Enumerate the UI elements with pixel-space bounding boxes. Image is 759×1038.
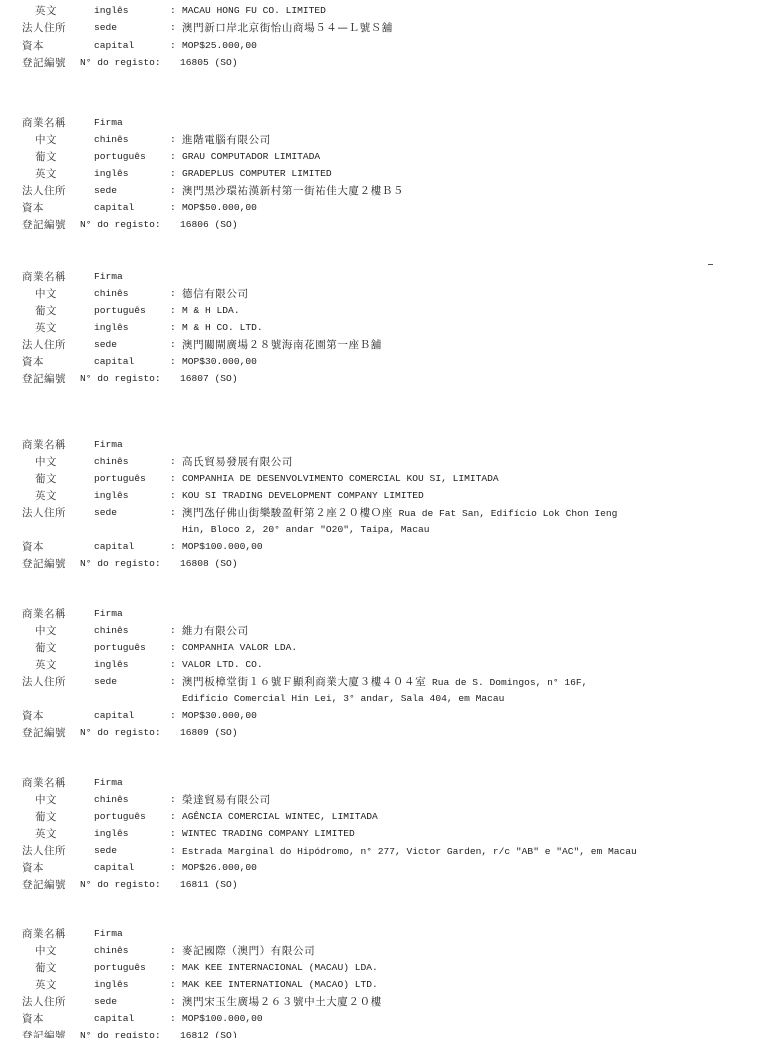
label-sede-zh: 法人住所	[22, 674, 66, 690]
colon: :	[170, 977, 176, 993]
colon: :	[170, 354, 176, 370]
value-sede: 澳門黑沙環祐漢新村第一街祐佳大廈２樓Ｂ５	[182, 183, 404, 200]
label-capital-pt: capital	[94, 708, 134, 724]
label-chines-zh: 中文	[35, 623, 57, 639]
label-chines-zh: 中文	[35, 286, 57, 302]
colon: :	[170, 286, 176, 302]
colon: :	[170, 454, 176, 470]
colon: :	[170, 337, 176, 353]
label-capital-pt: capital	[94, 354, 134, 370]
label-sede-pt: sede	[94, 674, 117, 690]
value-registo: 16807 (SO)	[180, 371, 238, 387]
value-capital: MOP$30.000,00	[182, 354, 257, 370]
value-portugues: COMPANHIA DE DESENVOLVIMENTO COMERCIAL K…	[182, 471, 499, 487]
label-ingles-pt: inglês	[94, 320, 129, 336]
label-ingles-zh: 英文	[35, 488, 57, 504]
value-sede-cjk: 澳門黑沙環祐漢新村第一街祐佳大廈２樓Ｂ５	[182, 185, 404, 197]
label-ingles-pt: inglês	[94, 3, 129, 19]
label-ingles-zh: 英文	[35, 320, 57, 336]
label-capital-pt: capital	[94, 860, 134, 876]
value-ingles: WINTEC TRADING COMPANY LIMITED	[182, 826, 355, 842]
label-firma-zh: 商業名稱	[22, 437, 66, 453]
colon: :	[170, 488, 176, 504]
label-portugues-zh: 葡文	[35, 303, 57, 319]
label-registo-pt: N° do registo:	[80, 217, 161, 233]
label-firma-zh: 商業名稱	[22, 269, 66, 285]
label-registo-pt: N° do registo:	[80, 877, 161, 893]
value-sede: 澳門關閘廣場２８號海南花園第一座Ｂ舖	[182, 337, 382, 354]
value-registo: 16809 (SO)	[180, 725, 238, 741]
label-registo-pt: N° do registo:	[80, 556, 161, 572]
label-capital-zh: 資本	[22, 1011, 44, 1027]
colon: :	[170, 792, 176, 808]
value-portugues: GRAU COMPUTADOR LIMITADA	[182, 149, 320, 165]
colon: :	[170, 471, 176, 487]
value-sede: Estrada Marginal do Hipódromo, n° 277, V…	[182, 843, 637, 860]
value-sede-cjk: 澳門關閘廣場２８號海南花園第一座Ｂ舖	[182, 339, 382, 351]
value-portugues: M & H LDA.	[182, 303, 240, 319]
label-capital-zh: 資本	[22, 708, 44, 724]
value-chines: 德信有限公司	[182, 286, 249, 302]
label-registo-zh: 登記編號	[22, 877, 66, 893]
value-ingles: GRADEPLUS COMPUTER LIMITED	[182, 166, 332, 182]
colon: :	[170, 640, 176, 656]
value-sede-line2: Edifício Comercial Hin Lei, 3° andar, Sa…	[182, 691, 504, 707]
value-registo: 16805 (SO)	[180, 55, 238, 71]
colon: :	[170, 3, 176, 19]
colon: :	[170, 505, 176, 521]
value-capital: MOP$25.000,00	[182, 38, 257, 54]
value-capital: MOP$26.000,00	[182, 860, 257, 876]
colon: :	[170, 149, 176, 165]
value-sede-latin: Estrada Marginal do Hipódromo, n° 277, V…	[182, 846, 637, 857]
label-portugues-zh: 葡文	[35, 640, 57, 656]
label-ingles-pt: inglês	[94, 488, 129, 504]
colon: :	[170, 674, 176, 690]
label-chines-zh: 中文	[35, 454, 57, 470]
label-portugues-zh: 葡文	[35, 809, 57, 825]
label-sede-zh: 法人住所	[22, 20, 66, 36]
label-registo-pt: N° do registo:	[80, 371, 161, 387]
value-sede: 澳門板樟堂街１６號Ｆ顯利商業大廈３樓４０４室 Rua de S. Domingo…	[182, 674, 587, 691]
label-capital-pt: capital	[94, 200, 134, 216]
label-firma-pt: Firma	[94, 606, 123, 622]
label-portugues-pt: português	[94, 149, 146, 165]
colon: :	[170, 200, 176, 216]
label-portugues-pt: português	[94, 303, 146, 319]
value-capital: MOP$50.000,00	[182, 200, 257, 216]
label-chines-zh: 中文	[35, 792, 57, 808]
label-chines-zh: 中文	[35, 132, 57, 148]
value-registo: 16806 (SO)	[180, 217, 238, 233]
colon: :	[170, 943, 176, 959]
label-ingles-zh: 英文	[35, 657, 57, 673]
label-sede-zh: 法人住所	[22, 994, 66, 1010]
label-capital-pt: capital	[94, 539, 134, 555]
label-chines-pt: chinês	[94, 286, 129, 302]
value-portugues: AGÊNCIA COMERCIAL WINTEC, LIMITADA	[182, 809, 378, 825]
value-registo: 16811 (SO)	[180, 877, 238, 893]
value-ingles: MAK KEE INTERNATIONAL (MACAO) LTD.	[182, 977, 378, 993]
value-registo: 16812 (SO)	[180, 1028, 238, 1038]
label-portugues-pt: português	[94, 471, 146, 487]
value-sede: 澳門新口岸北京街怡山商場５４—Ｌ號Ｓ舖	[182, 20, 393, 36]
label-portugues-pt: português	[94, 640, 146, 656]
colon: :	[170, 132, 176, 148]
label-registo-pt: N° do registo:	[80, 1028, 161, 1038]
label-portugues-pt: português	[94, 809, 146, 825]
label-ingles-pt: inglês	[94, 977, 129, 993]
value-sede: 澳門氹仔佛山街樂駿盈軒第２座２０樓Ｏ座 Rua de Fat San, Edif…	[182, 505, 617, 522]
value-chines: 進階電腦有限公司	[182, 132, 271, 148]
colon: :	[170, 843, 176, 859]
value-sede-line2: Hin, Bloco 2, 20° andar "O20", Taipa, Ma…	[182, 522, 430, 538]
scan-speck	[708, 264, 713, 265]
label-chines-pt: chinês	[94, 454, 129, 470]
colon: :	[170, 320, 176, 336]
label-chines-pt: chinês	[94, 132, 129, 148]
label-portugues-zh: 葡文	[35, 471, 57, 487]
label-firma-pt: Firma	[94, 115, 123, 131]
label-capital-pt: capital	[94, 1011, 134, 1027]
label-portugues-pt: português	[94, 960, 146, 976]
label-firma-zh: 商業名稱	[22, 926, 66, 942]
label-firma-pt: Firma	[94, 926, 123, 942]
label-registo-pt: N° do registo:	[80, 725, 161, 741]
label-sede-zh: 法人住所	[22, 505, 66, 521]
colon: :	[170, 708, 176, 724]
label-chines-pt: chinês	[94, 792, 129, 808]
colon: :	[170, 657, 176, 673]
value-chines: 榮達貿易有限公司	[182, 792, 271, 808]
label-firma-pt: Firma	[94, 269, 123, 285]
label-firma-zh: 商業名稱	[22, 775, 66, 791]
colon: :	[170, 809, 176, 825]
colon: :	[170, 38, 176, 54]
label-sede-pt: sede	[94, 20, 117, 36]
value-chines: 麥記國際（澳門）有限公司	[182, 943, 315, 959]
label-ingles-zh: 英文	[35, 166, 57, 182]
value-ingles: VALOR LTD. CO.	[182, 657, 263, 673]
label-registo-zh: 登記編號	[22, 217, 66, 233]
label-ingles-pt: inglês	[94, 657, 129, 673]
value-registo: 16808 (SO)	[180, 556, 238, 572]
value-sede-cjk: 澳門氹仔佛山街樂駿盈軒第２座２０樓Ｏ座	[182, 507, 393, 519]
colon: :	[170, 960, 176, 976]
label-registo-zh: 登記編號	[22, 55, 66, 71]
label-firma-zh: 商業名稱	[22, 115, 66, 131]
value-ingles: M & H CO. LTD.	[182, 320, 263, 336]
label-firma-pt: Firma	[94, 775, 123, 791]
label-sede-zh: 法人住所	[22, 843, 66, 859]
colon: :	[170, 826, 176, 842]
label-sede-pt: sede	[94, 994, 117, 1010]
label-chines-pt: chinês	[94, 943, 129, 959]
colon: :	[170, 994, 176, 1010]
colon: :	[170, 860, 176, 876]
label-ingles-zh: 英文	[35, 826, 57, 842]
value-chines: 高氏貿易發展有限公司	[182, 454, 293, 470]
value-capital: MOP$30.000,00	[182, 708, 257, 724]
label-capital-zh: 資本	[22, 38, 44, 54]
value-ingles: KOU SI TRADING DEVELOPMENT COMPANY LIMIT…	[182, 488, 424, 504]
label-registo-zh: 登記編號	[22, 725, 66, 741]
value-portugues: MAK KEE INTERNACIONAL (MACAU) LDA.	[182, 960, 378, 976]
label-registo-zh: 登記編號	[22, 556, 66, 572]
label-sede-pt: sede	[94, 843, 117, 859]
value-sede: 澳門宋玉生廣場２６３號中土大廈２０樓	[182, 994, 382, 1011]
value-portugues: COMPANHIA VALOR LDA.	[182, 640, 297, 656]
label-chines-zh: 中文	[35, 943, 57, 959]
label-registo-pt: N° do registo:	[80, 55, 161, 71]
colon: :	[170, 303, 176, 319]
label-ingles-pt: inglês	[94, 166, 129, 182]
colon: :	[170, 166, 176, 182]
label-capital-zh: 資本	[22, 200, 44, 216]
value-sede-latin: Rua de Fat San, Edifício Lok Chon Ieng	[393, 508, 618, 519]
value-sede-latin: Rua de S. Domingos, n° 16F,	[426, 677, 587, 688]
label-sede-zh: 法人住所	[22, 337, 66, 353]
value-sede-cjk: 澳門板樟堂街１６號Ｆ顯利商業大廈３樓４０４室	[182, 676, 426, 688]
colon: :	[170, 20, 176, 36]
label-capital-zh: 資本	[22, 539, 44, 555]
label-sede-pt: sede	[94, 337, 117, 353]
label-portugues-zh: 葡文	[35, 149, 57, 165]
value-capital: MOP$100.000,00	[182, 1011, 263, 1027]
label-firma-zh: 商業名稱	[22, 606, 66, 622]
colon: :	[170, 1011, 176, 1027]
colon: :	[170, 183, 176, 199]
label-ingles-zh: 英文	[35, 3, 57, 19]
label-capital-zh: 資本	[22, 860, 44, 876]
value-capital: MOP$100.000,00	[182, 539, 263, 555]
label-portugues-zh: 葡文	[35, 960, 57, 976]
colon: :	[170, 539, 176, 555]
label-sede-pt: sede	[94, 183, 117, 199]
label-chines-pt: chinês	[94, 623, 129, 639]
label-registo-zh: 登記編號	[22, 371, 66, 387]
value-ingles: MACAU HONG FU CO. LIMITED	[182, 3, 326, 19]
label-ingles-zh: 英文	[35, 977, 57, 993]
colon: :	[170, 623, 176, 639]
value-sede-cjk: 澳門宋玉生廣場２６３號中土大廈２０樓	[182, 996, 382, 1008]
value-chines: 維力有限公司	[182, 623, 249, 639]
label-ingles-pt: inglês	[94, 826, 129, 842]
label-firma-pt: Firma	[94, 437, 123, 453]
label-capital-zh: 資本	[22, 354, 44, 370]
label-capital-pt: capital	[94, 38, 134, 54]
label-sede-zh: 法人住所	[22, 183, 66, 199]
label-registo-zh: 登記編號	[22, 1028, 66, 1038]
label-sede-pt: sede	[94, 505, 117, 521]
